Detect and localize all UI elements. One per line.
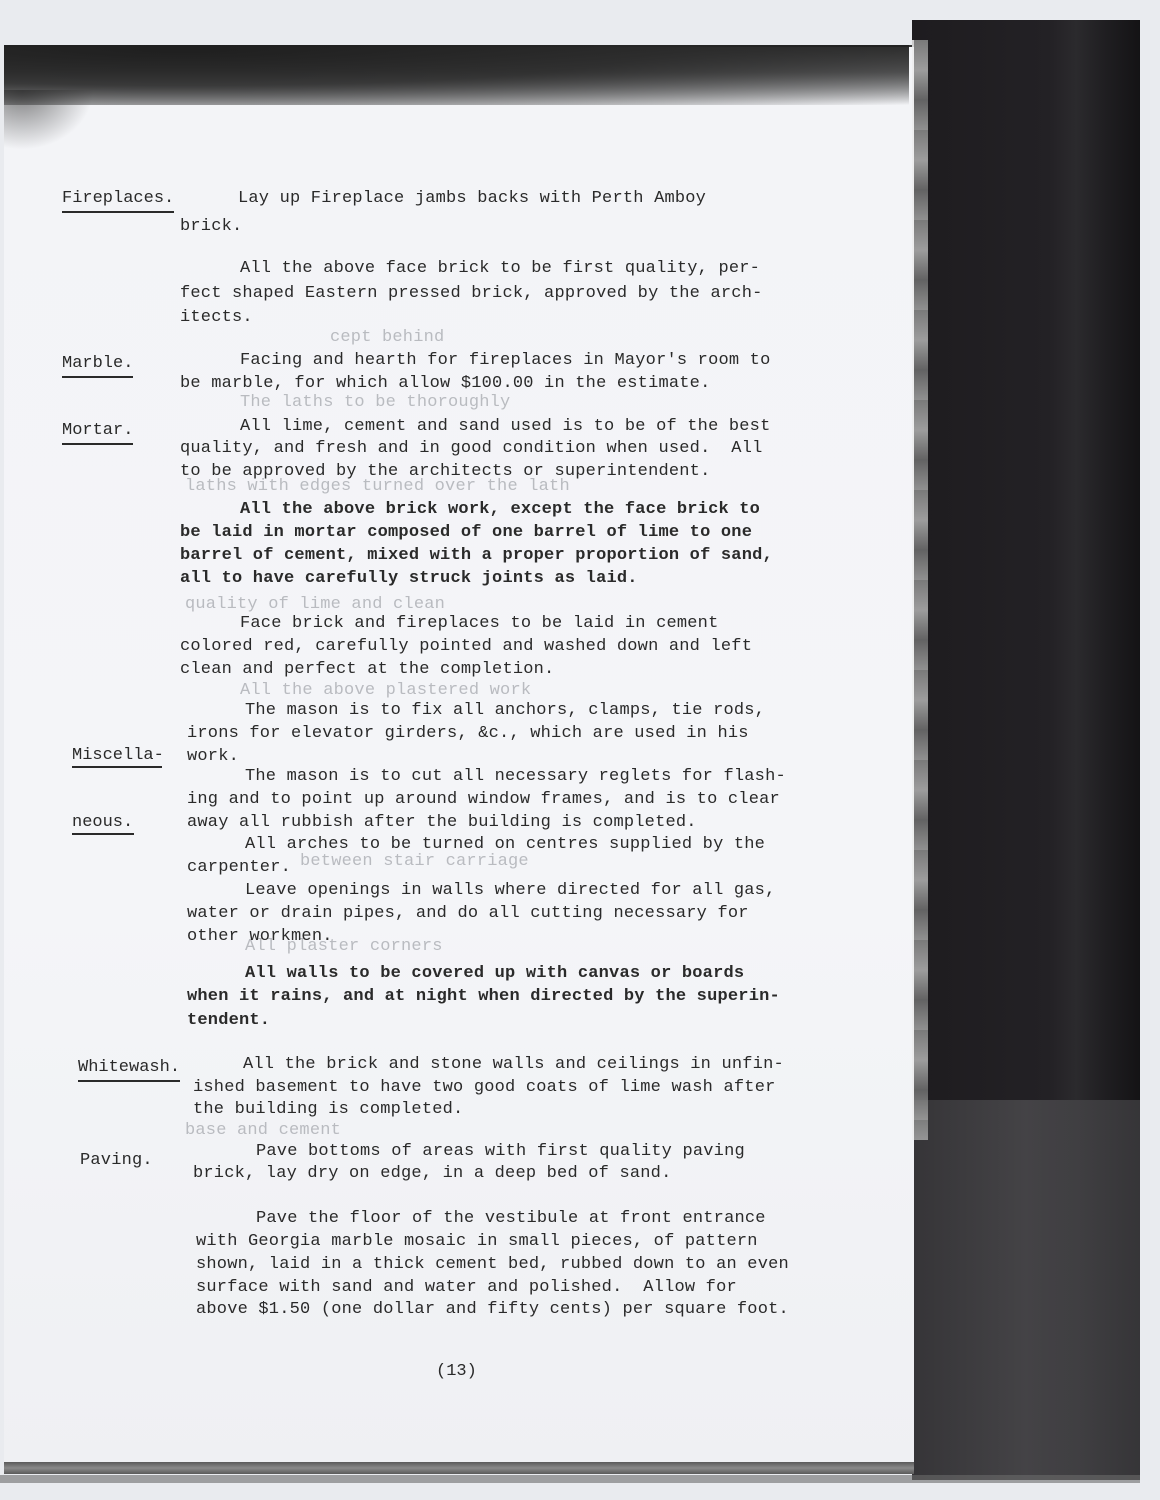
scan-bottom-border [0, 1475, 1140, 1483]
paragraph-line: ished basement to have two good coats of… [193, 1077, 776, 1098]
section-heading-paving: Paving. [80, 1150, 153, 1171]
paragraph-line: Lay up Fireplace jambs backs with Perth … [238, 188, 706, 209]
page-number: (13) [436, 1362, 477, 1381]
paragraph-line: All the above face brick to be first qua… [240, 258, 760, 279]
paragraph-line: Leave openings in walls where directed f… [245, 880, 776, 901]
paragraph-line: itects. [180, 307, 253, 328]
paragraph-line: Face brick and fireplaces to be laid in … [240, 613, 718, 634]
paragraph-line: All the above brick work, except the fac… [240, 499, 760, 520]
paragraph-line: work. [187, 746, 239, 767]
scan-top-shadow-left [4, 90, 94, 150]
page-torn-edge [912, 40, 928, 1140]
paragraph-line: ing and to point up around window frames… [187, 789, 780, 810]
paragraph-line: All lime, cement and sand used is to be … [240, 416, 771, 437]
bleed-through-text: All the above plastered work [240, 680, 531, 701]
paragraph-line: the building is completed. [193, 1099, 463, 1120]
bleed-through-text: quality of lime and clean [185, 594, 445, 615]
paragraph-line: water or drain pipes, and do all cutting… [187, 903, 749, 924]
paragraph-line: clean and perfect at the completion. [180, 659, 554, 680]
paragraph-line: fect shaped Eastern pressed brick, appro… [180, 283, 763, 304]
paragraph-line: Pave bottoms of areas with first quality… [256, 1141, 745, 1162]
section-heading-fireplaces: Fireplaces. [62, 188, 174, 213]
paragraph-line: All arches to be turned on centres suppl… [245, 834, 765, 855]
paragraph-line: irons for elevator girders, &c., which a… [187, 723, 749, 744]
bleed-through-text: base and cement [185, 1120, 341, 1141]
paragraph-line: All the brick and stone walls and ceilin… [243, 1054, 784, 1075]
paragraph-line: all to have carefully struck joints as l… [180, 568, 638, 589]
paragraph-line: Pave the floor of the vestibule at front… [256, 1208, 766, 1229]
paragraph-line: The mason is to cut all necessary reglet… [245, 766, 786, 787]
bleed-through-text: The laths to be thoroughly [240, 392, 510, 413]
scan-top-shadow [4, 45, 909, 105]
paragraph-line: be laid in mortar composed of one barrel… [180, 522, 752, 543]
paragraph-line: to be approved by the architects or supe… [180, 461, 711, 482]
paragraph-line: quality, and fresh and in good condition… [180, 438, 763, 459]
paragraph-line: surface with sand and water and polished… [196, 1277, 737, 1298]
heading-line-2: neous. [72, 812, 134, 835]
paragraph-line: All walls to be covered up with canvas o… [245, 963, 744, 984]
section-heading-whitewash: Whitewash. [78, 1057, 180, 1082]
paragraph-line: barrel of cement, mixed with a proper pr… [180, 545, 773, 566]
bleed-through-text: cept behind [330, 327, 444, 348]
section-heading-mortar: Mortar. [62, 420, 133, 445]
paragraph-line: be marble, for which allow $100.00 in th… [180, 373, 711, 394]
paragraph-line: when it rains, and at night when directe… [187, 986, 780, 1007]
paragraph-line: brick, lay dry on edge, in a deep bed of… [193, 1163, 671, 1184]
scanner-shadow-right-lower [912, 1100, 1140, 1480]
paragraph-line: with Georgia marble mosaic in small piec… [196, 1231, 758, 1252]
paragraph-line: tendent. [187, 1010, 270, 1031]
paragraph-line: colored red, carefully pointed and washe… [180, 636, 752, 657]
paragraph-line: Facing and hearth for fireplaces in Mayo… [240, 350, 771, 371]
section-heading-marble: Marble. [62, 353, 133, 378]
page-bottom-edge [4, 1462, 914, 1474]
paragraph-line: carpenter. [187, 857, 291, 878]
section-heading-miscellaneous: Miscella- neous. [72, 703, 162, 858]
paragraph-line: The mason is to fix all anchors, clamps,… [245, 700, 765, 721]
paragraph-line: shown, laid in a thick cement bed, rubbe… [196, 1254, 789, 1275]
paragraph-line: other workmen. [187, 926, 333, 947]
paragraph-line: away all rubbish after the building is c… [187, 812, 697, 833]
paragraph-line: brick. [180, 216, 242, 237]
paragraph-line: above $1.50 (one dollar and fifty cents)… [196, 1299, 789, 1320]
heading-line-1: Miscella- [72, 745, 162, 768]
